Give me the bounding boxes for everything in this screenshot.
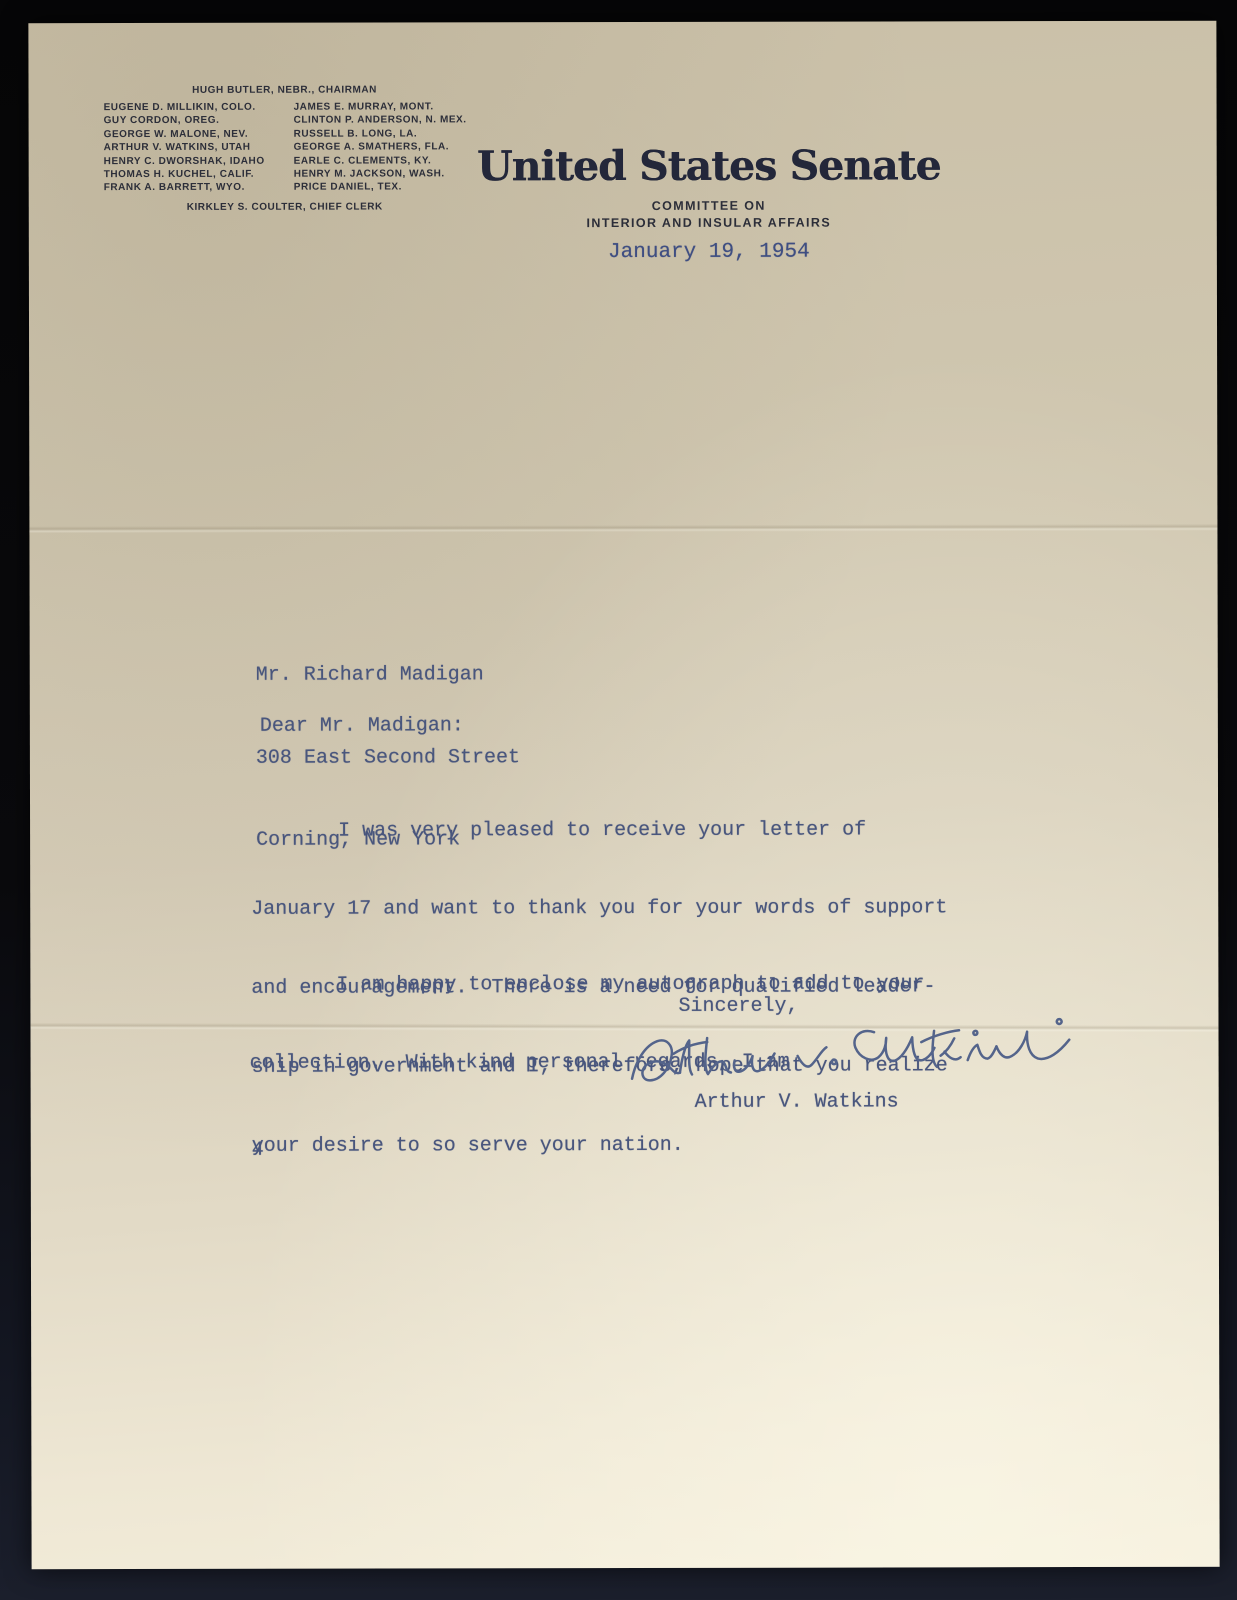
letterhead-member: RUSSELL B. LONG, LA.	[294, 127, 467, 141]
photo-background: HUGH BUTLER, NEBR., CHAIRMAN EUGENE D. M…	[0, 0, 1237, 1600]
fold-crease-top	[29, 524, 1217, 533]
senate-title: United States Senate	[469, 141, 949, 190]
committee-name-line1: COMMITTEE ON	[469, 198, 949, 213]
page-number-annotation: 4	[252, 1139, 264, 1162]
letterhead-member: GEORGE A. SMATHERS, FLA.	[294, 141, 467, 155]
letter-paper: HUGH BUTLER, NEBR., CHAIRMAN EUGENE D. M…	[28, 21, 1219, 1569]
body-line: I am happy to enclose my autograph to ad…	[249, 971, 924, 999]
letterhead-member: EUGENE D. MILLIKIN, COLO.	[104, 101, 265, 115]
salutation: Dear Mr. Madigan:	[260, 714, 464, 737]
letterhead-chairman: HUGH BUTLER, NEBR., CHAIRMAN	[99, 84, 471, 96]
letterhead-member: ARTHUR V. WATKINS, UTAH	[104, 141, 265, 155]
handwritten-signature	[616, 1006, 1108, 1101]
typed-signature-name: Arthur V. Watkins	[695, 1090, 899, 1113]
letterhead-member: GUY CORDON, OREG.	[104, 114, 265, 128]
letterhead-members-right: JAMES E. MURRAY, MONT. CLINTON P. ANDERS…	[294, 100, 467, 194]
letterhead-member: HENRY M. JACKSON, WASH.	[294, 167, 467, 181]
letterhead-member: JAMES E. MURRAY, MONT.	[294, 100, 467, 114]
recipient-name: Mr. Richard Madigan	[256, 661, 520, 689]
letterhead-chief-clerk: KIRKLEY S. COULTER, CHIEF CLERK	[99, 201, 471, 213]
letter-date: January 19, 1954	[469, 240, 949, 264]
letterhead-member: EARLE C. CLEMENTS, KY.	[294, 154, 467, 168]
letterhead-member: CLINTON P. ANDERSON, N. MEX.	[294, 114, 467, 128]
body-line: I was very pleased to receive your lette…	[251, 817, 947, 845]
body-line: your desire to so serve your nation.	[252, 1132, 948, 1160]
letterhead-members-left: EUGENE D. MILLIKIN, COLO. GUY CORDON, OR…	[104, 101, 265, 195]
letterhead-member: GEORGE W. MALONE, NEV.	[104, 128, 265, 142]
signature-ink-icon	[616, 1006, 1108, 1101]
committee-name-line2: INTERIOR AND INSULAR AFFAIRS	[469, 215, 949, 230]
letterhead-member: PRICE DANIEL, TEX.	[294, 181, 467, 195]
letterhead-member: FRANK A. BARRETT, WYO.	[104, 181, 265, 195]
letterhead-member: THOMAS H. KUCHEL, CALIF.	[104, 168, 265, 182]
letterhead-member: HENRY C. DWORSHAK, IDAHO	[104, 154, 265, 168]
